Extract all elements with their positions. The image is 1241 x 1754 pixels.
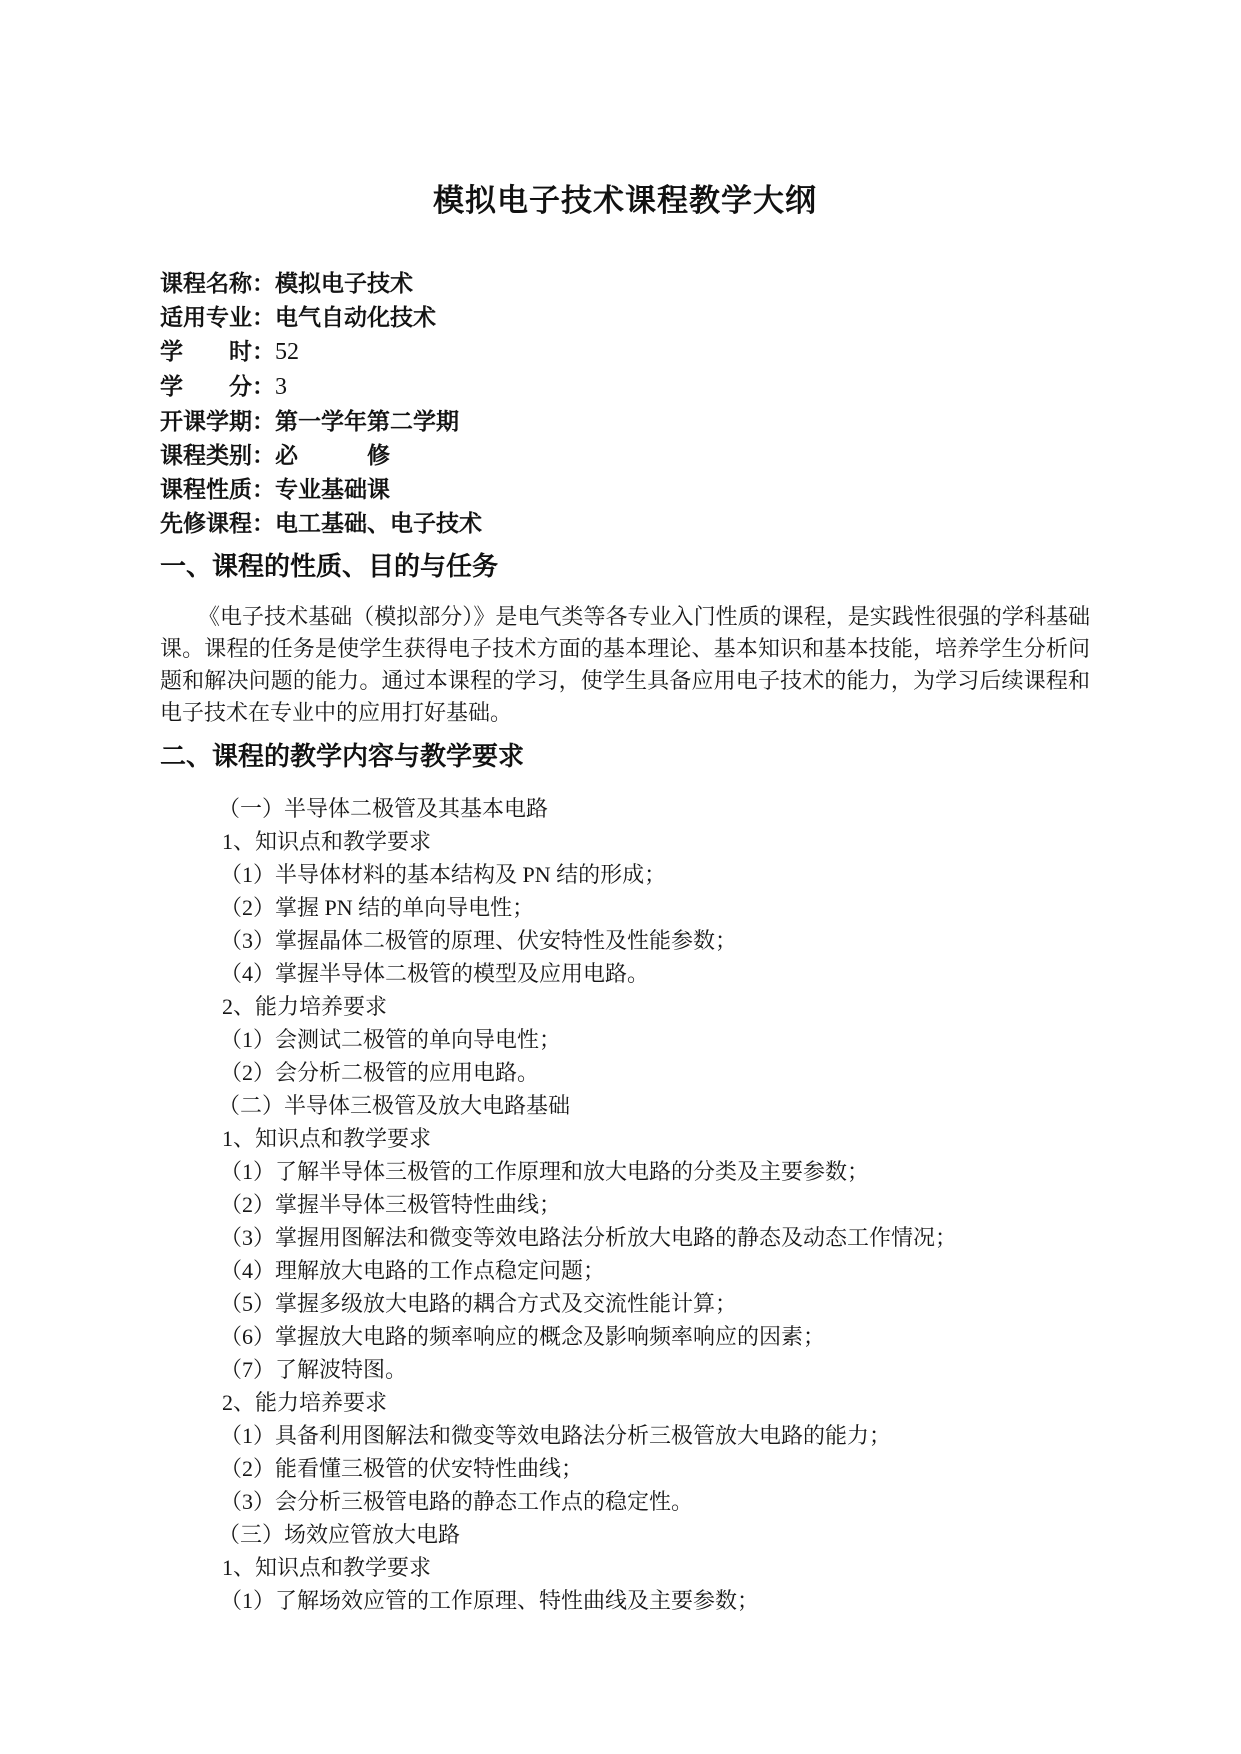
info-value: 电工基础、电子技术 <box>275 510 482 536</box>
info-line-hours: 学 时：52 <box>160 334 1090 369</box>
list-item: （2）能看懂三极管的伏安特性曲线； <box>160 1452 1090 1485</box>
info-label: 开课学期： <box>160 408 275 434</box>
info-line-credits: 学 分：3 <box>160 369 1090 404</box>
list-item: 2、能力培养要求 <box>160 990 1090 1023</box>
list-item: （3）掌握用图解法和微变等效电路法分析放大电路的静态及动态工作情况； <box>160 1221 1090 1254</box>
list-item: （三）场效应管放大电路 <box>160 1518 1090 1551</box>
info-line-major: 适用专业：电气自动化技术 <box>160 300 1090 334</box>
list-item: （3）会分析三极管电路的静态工作点的稳定性。 <box>160 1485 1090 1518</box>
info-label: 课程名称： <box>160 270 275 296</box>
info-label: 课程类别： <box>160 442 275 468</box>
list-item: （2）掌握半导体三极管特性曲线； <box>160 1188 1090 1221</box>
list-item: （1）具备利用图解法和微变等效电路法分析三极管放大电路的能力； <box>160 1419 1090 1452</box>
section-heading-2: 二、课程的教学内容与教学要求 <box>160 740 1090 772</box>
list-item: （6）掌握放大电路的频率响应的概念及影响频率响应的因素； <box>160 1320 1090 1353</box>
info-label: 学 分： <box>160 373 275 399</box>
section-heading-1: 一、课程的性质、目的与任务 <box>160 550 1090 582</box>
info-line-semester: 开课学期：第一学年第二学期 <box>160 404 1090 438</box>
list-item: （一）半导体二极管及其基本电路 <box>160 792 1090 825</box>
list-item: 1、知识点和教学要求 <box>160 1122 1090 1155</box>
intro-paragraph: 《电子技术基础（模拟部分）》是电气类等各专业入门性质的课程，是实践性很强的学科基… <box>160 601 1090 729</box>
info-line-prerequisites: 先修课程：电工基础、电子技术 <box>160 506 1090 540</box>
info-line-course-name: 课程名称：模拟电子技术 <box>160 266 1090 300</box>
list-item: （1）会测试二极管的单向导电性； <box>160 1023 1090 1056</box>
list-item: （二）半导体三极管及放大电路基础 <box>160 1089 1090 1122</box>
info-label: 适用专业： <box>160 304 275 330</box>
document-page: 模拟电子技术课程教学大纲 课程名称：模拟电子技术 适用专业：电气自动化技术 学 … <box>0 0 1241 1754</box>
list-item: （3）掌握晶体二极管的原理、伏安特性及性能参数； <box>160 924 1090 957</box>
list-item: （2）掌握 PN 结的单向导电性； <box>160 891 1090 924</box>
info-value: 52 <box>275 339 299 365</box>
teaching-content-outline: （一）半导体二极管及其基本电路 1、知识点和教学要求 （1）半导体材料的基本结构… <box>160 792 1090 1617</box>
info-label: 先修课程： <box>160 510 275 536</box>
info-value: 专业基础课 <box>275 476 390 502</box>
list-item: （4）理解放大电路的工作点稳定问题； <box>160 1254 1090 1287</box>
info-value: 第一学年第二学期 <box>275 408 459 434</box>
info-value: 模拟电子技术 <box>275 270 413 296</box>
list-item: （5）掌握多级放大电路的耦合方式及交流性能计算； <box>160 1287 1090 1320</box>
list-item: 2、能力培养要求 <box>160 1386 1090 1419</box>
list-item: 1、知识点和教学要求 <box>160 1551 1090 1584</box>
list-item: （2）会分析二极管的应用电路。 <box>160 1056 1090 1089</box>
info-value: 必 修 <box>275 442 390 468</box>
list-item: （4）掌握半导体二极管的模型及应用电路。 <box>160 957 1090 990</box>
document-title: 模拟电子技术课程教学大纲 <box>160 183 1090 219</box>
list-item: （1）了解场效应管的工作原理、特性曲线及主要参数； <box>160 1584 1090 1617</box>
list-item: （7）了解波特图。 <box>160 1353 1090 1386</box>
course-info-block: 课程名称：模拟电子技术 适用专业：电气自动化技术 学 时：52 学 分：3 开课… <box>160 266 1090 540</box>
info-label: 学 时： <box>160 338 275 364</box>
list-item: （1）半导体材料的基本结构及 PN 结的形成； <box>160 858 1090 891</box>
info-line-nature: 课程性质：专业基础课 <box>160 472 1090 506</box>
info-value: 3 <box>275 374 287 400</box>
info-line-category: 课程类别：必 修 <box>160 438 1090 472</box>
list-item: 1、知识点和教学要求 <box>160 825 1090 858</box>
list-item: （1）了解半导体三极管的工作原理和放大电路的分类及主要参数； <box>160 1155 1090 1188</box>
info-value: 电气自动化技术 <box>275 304 436 330</box>
info-label: 课程性质： <box>160 476 275 502</box>
